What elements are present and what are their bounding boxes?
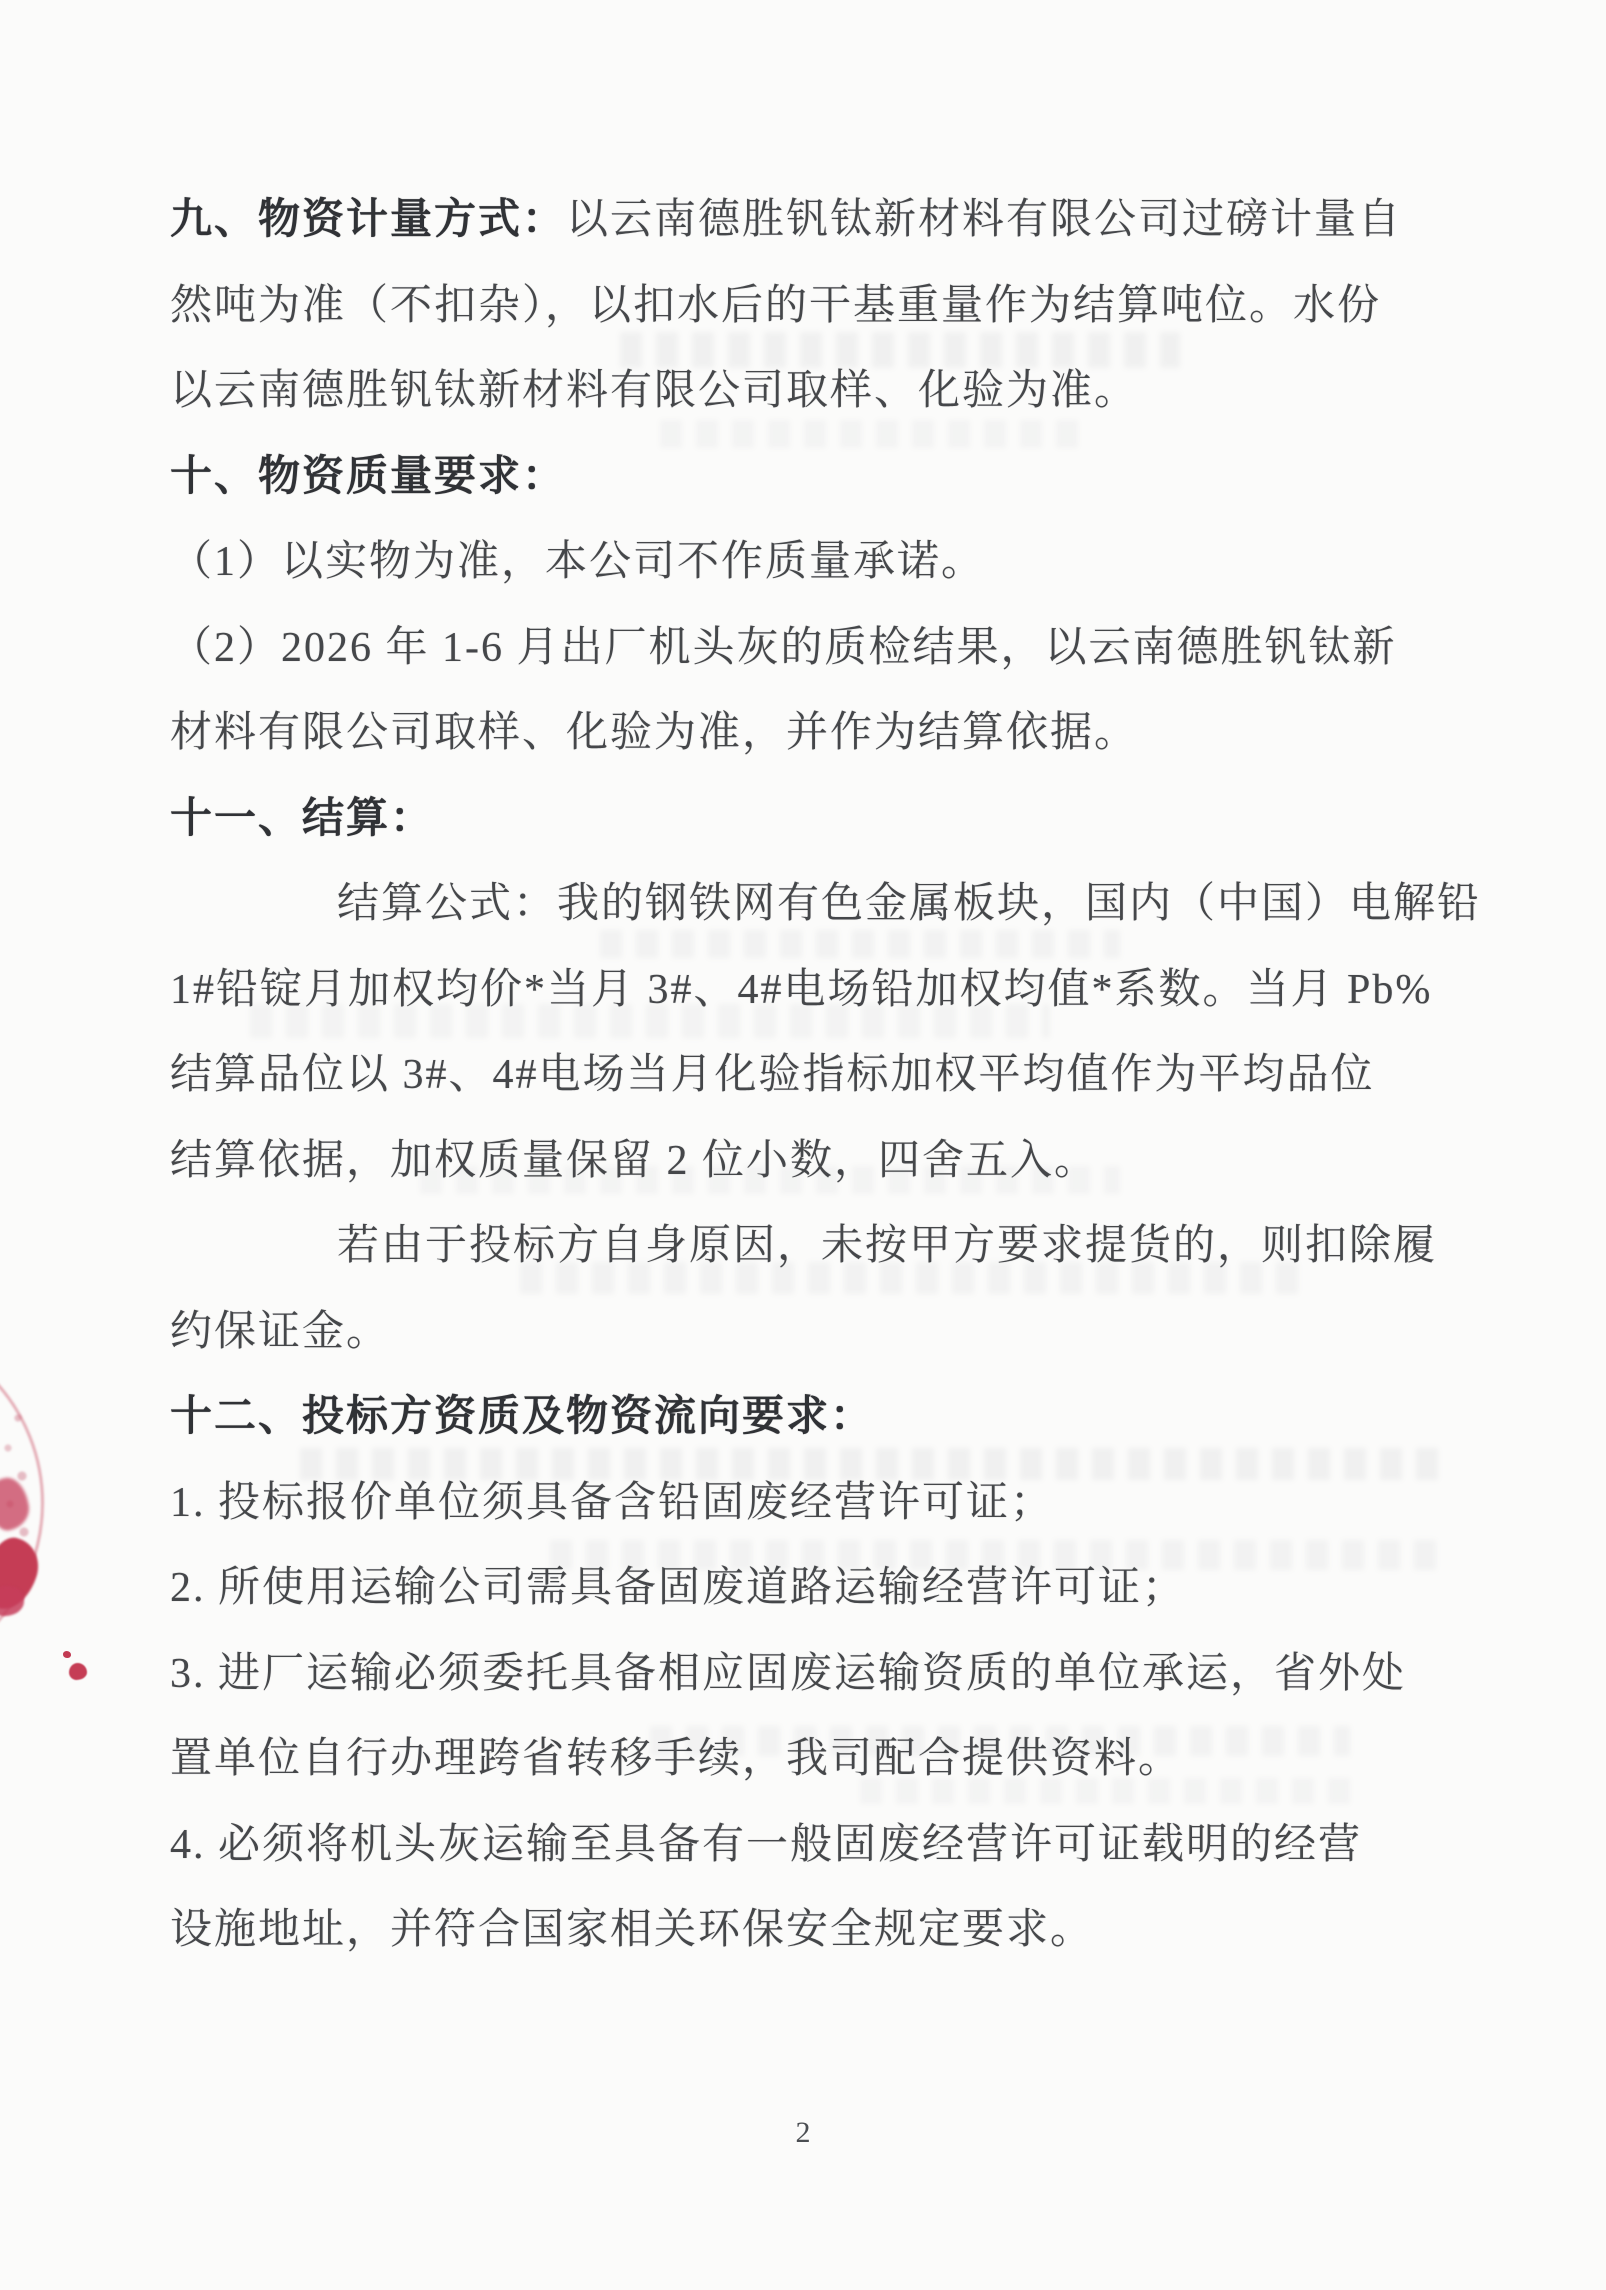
text-line: 约保证金。 [170,1290,1480,1376]
red-ink-dot [63,1651,71,1658]
scanned-document-page: 九、物资计量方式：以云南德胜钒钛新材料有限公司过磅计量自 然吨为准（不扣杂），以… [0,0,1606,2290]
text-line: 置单位自行办理跨省转移手续，我司配合提供资料。 [170,1717,1480,1803]
text-line: （1）以实物为准，本公司不作质量承诺。 [170,520,1480,606]
text-line: 结算品位以 3#、4#电场当月化验指标加权平均值作为平均品位 [170,1033,1480,1119]
section-heading: 九、物资计量方式： [170,197,566,243]
page-number: 2 [0,2116,1606,2150]
text-line: 结算依据，加权质量保留 2 位小数，四舍五入。 [170,1119,1480,1205]
section-heading: 十一、结算： [170,777,1480,863]
text-line: 材料有限公司取样、化验为准，并作为结算依据。 [170,691,1480,777]
red-ink-dot [69,1663,87,1680]
text-line: 结算公式：我的钢铁网有色金属板块，国内（中国）电解铅 [170,862,1480,948]
text-line: 1. 投标报价单位须具备含铅固废经营许可证； [170,1461,1480,1547]
text-line: 若由于投标方自身原因，未按甲方要求提货的，则扣除履 [170,1204,1480,1290]
text-line: 设施地址，并符合国家相关环保安全规定要求。 [170,1888,1480,1974]
text-line: （2）2026 年 1-6 月出厂机头灰的质检结果，以云南德胜钒钛新 [170,606,1480,692]
section-heading: 十二、投标方资质及物资流向要求： [170,1375,1480,1461]
red-seal-stamp-mark [0,1586,24,1616]
text-line: 九、物资计量方式：以云南德胜钒钛新材料有限公司过磅计量自 [170,178,1480,264]
text-line: 以云南德胜钒钛新材料有限公司取样、化验为准。 [170,349,1480,435]
document-body: 九、物资计量方式：以云南德胜钒钛新材料有限公司过磅计量自 然吨为准（不扣杂），以… [170,178,1480,1974]
text-line: 2. 所使用运输公司需具备固废道路运输经营许可证； [170,1546,1480,1632]
text-line: 3. 进厂运输必须委托具备相应固废运输资质的单位承运，省外处 [170,1632,1480,1718]
text-line: 然吨为准（不扣杂），以扣水后的干基重量作为结算吨位。水份 [170,264,1480,350]
section-heading: 十、物资质量要求： [170,435,1480,521]
text-line: 4. 必须将机头灰运输至具备有一般固废经营许可证载明的经营 [170,1803,1480,1889]
text-run: 以云南德胜钒钛新材料有限公司过磅计量自 [566,197,1402,243]
text-line: 1#铅锭月加权均价*当月 3#、4#电场铅加权均值*系数。当月 Pb% [170,948,1480,1034]
